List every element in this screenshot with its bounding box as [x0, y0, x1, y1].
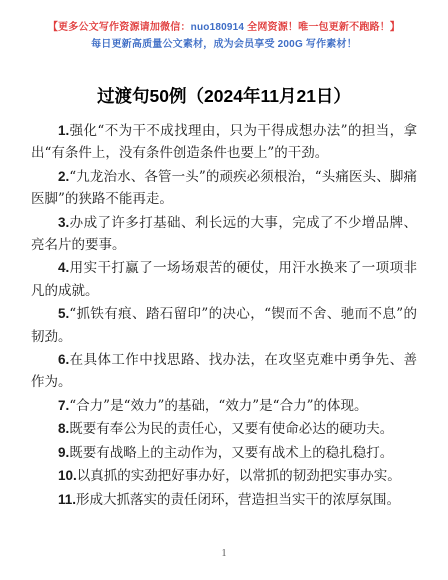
promo-line1-prefix: 【更多公文写作资源请加微信：	[48, 22, 191, 33]
item-text: 既要有奉公为民的责任心，又要有使命必达的硬功夫。	[69, 421, 393, 437]
item-number: 8.	[58, 421, 69, 436]
promo-line1-suffix: 全网资源！唯一包更新不跑路！】	[244, 22, 400, 33]
item-text: 强化“不为干不成找理由，只为干得成想办法”的担当，拿出“有条件上，没有条件创造条…	[31, 123, 417, 161]
wechat-id: nuo180914	[191, 22, 245, 33]
promo-header: 【更多公文写作资源请加微信：nuo180914 全网资源！唯一包更新不跑路！】 …	[0, 0, 448, 53]
item-text: 以真抓的实劲把好事办好，以常抓的韧劲把实事办实。	[77, 468, 401, 484]
promo-line2: 每日更新高质量公文素材，成为会员享受 200G 写作素材！	[0, 36, 448, 53]
item-number: 3.	[58, 215, 69, 230]
item-text: 在具体工作中找思路、找办法，在攻坚克难中勇争先、善作为。	[31, 352, 417, 390]
item-text: “九龙治水、各管一头”的顽疾必须根治，“头痛医头、脚痛医脚”的狭路不能再走。	[31, 169, 417, 207]
item-text: 用实干打赢了一场场艰苦的硬仗，用汗水换来了一项项非凡的成就。	[31, 260, 417, 298]
item-text: “抓铁有痕、踏石留印”的决心，“锲而不舍、驰而不息”的韧劲。	[31, 306, 417, 344]
item-number: 11.	[58, 492, 76, 507]
item-number: 2.	[58, 169, 69, 184]
item-number: 10.	[58, 468, 77, 483]
list-item: 3.办成了许多打基础、利长远的大事，完成了不少增品牌、亮名片的要事。	[31, 212, 417, 257]
list-item: 10.以真抓的实劲把好事办好，以常抓的韧劲把实事办实。	[31, 465, 417, 487]
list-item: 8.既要有奉公为民的责任心，又要有使命必达的硬功夫。	[31, 418, 417, 440]
list-item: 5.“抓铁有痕、踏石留印”的决心，“锲而不舍、驰而不息”的韧劲。	[31, 303, 417, 348]
item-number: 7.	[58, 398, 69, 413]
item-number: 4.	[58, 260, 69, 275]
item-number: 1.	[58, 123, 69, 138]
page-number: 1	[0, 548, 448, 559]
promo-line1: 【更多公文写作资源请加微信：nuo180914 全网资源！唯一包更新不跑路！】	[0, 19, 448, 36]
list-item: 9.既要有战略上的主动作为，又要有战术上的稳扎稳打。	[31, 442, 417, 464]
document-page: 【更多公文写作资源请加微信：nuo180914 全网资源！唯一包更新不跑路！】 …	[0, 0, 448, 580]
item-text: 办成了许多打基础、利长远的大事，完成了不少增品牌、亮名片的要事。	[31, 215, 417, 253]
list-item: 1.强化“不为干不成找理由，只为干得成想办法”的担当，拿出“有条件上，没有条件创…	[31, 120, 417, 165]
item-text: “合力”是“效力”的基础，“效力”是“合力”的体现。	[69, 398, 367, 414]
item-number: 6.	[58, 352, 69, 367]
list-item: 11.形成大抓落实的责任闭环，营造担当实干的浓厚氛围。	[31, 489, 417, 511]
list-item: 6.在具体工作中找思路、找办法，在攻坚克难中勇争先、善作为。	[31, 349, 417, 394]
document-body: 1.强化“不为干不成找理由，只为干得成想办法”的担当，拿出“有条件上，没有条件创…	[31, 120, 417, 511]
list-item: 7.“合力”是“效力”的基础，“效力”是“合力”的体现。	[31, 395, 417, 417]
item-text: 既要有战略上的主动作为，又要有战术上的稳扎稳打。	[69, 445, 393, 461]
list-item: 2.“九龙治水、各管一头”的顽疾必须根治，“头痛医头、脚痛医脚”的狭路不能再走。	[31, 166, 417, 211]
item-text: 形成大抓落实的责任闭环，营造担当实干的浓厚氛围。	[76, 492, 400, 508]
item-number: 5.	[58, 306, 69, 321]
item-number: 9.	[58, 445, 69, 460]
page-title: 过渡句50例（2024年11月21日）	[0, 84, 448, 109]
list-item: 4.用实干打赢了一场场艰苦的硬仗，用汗水换来了一项项非凡的成就。	[31, 257, 417, 302]
